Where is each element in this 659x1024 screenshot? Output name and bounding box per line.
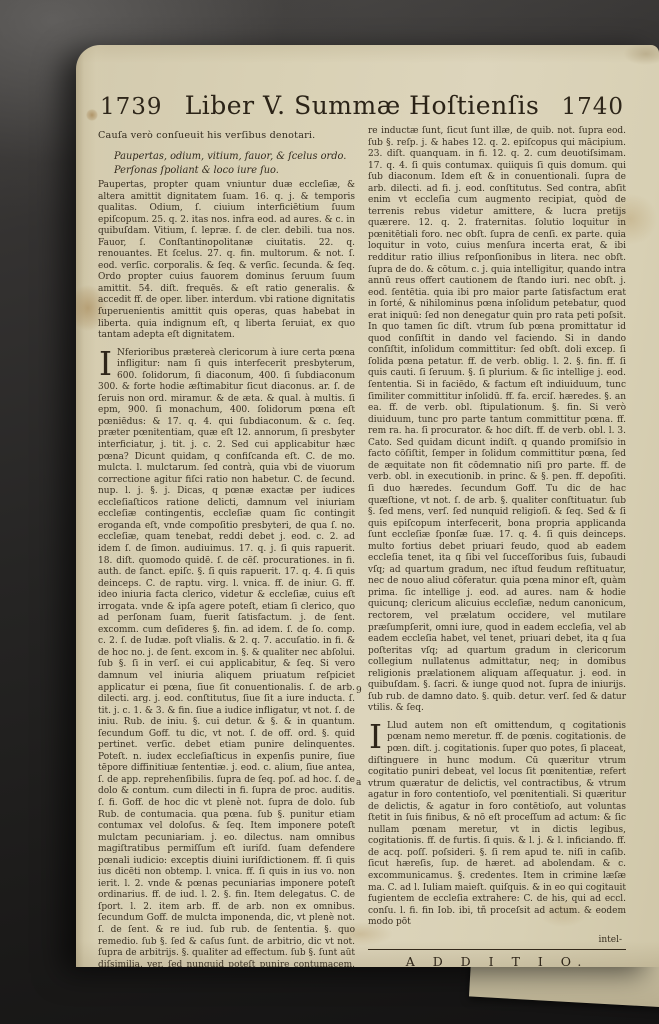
additio-divider-rule xyxy=(368,949,626,950)
margin-mark-a: a xyxy=(356,778,361,788)
drop-cap-initial: I xyxy=(98,348,117,379)
page-number-right: 1740 xyxy=(561,94,624,120)
right-paragraph-1: re inductæ ſunt, ſicut ſunt illæ, de qui… xyxy=(368,126,626,715)
drop-cap-initial: I xyxy=(368,721,387,752)
left-paragraph-1: Paupertas, propter quam vniuntur duæ ecc… xyxy=(98,180,355,342)
left-paragraph-2-text: Nferioribus prætereà clericorum à iure c… xyxy=(98,348,355,967)
text-columns: Cauſa verò conſueuit his verſibus denota… xyxy=(98,126,626,967)
left-paragraph-2: INferioribus prætereà clericorum à iure … xyxy=(98,348,355,967)
verse-line-2: Perſonas ſpoliant & loco iure ſuo. xyxy=(114,165,279,176)
photo-background: 1739 Liber V. Summæ Hoſtienſis 1740 Cauſ… xyxy=(0,0,659,1024)
verse-line-1: Paupertas, odium, vitium, fauor, & ſcelu… xyxy=(114,151,346,162)
right-paragraph-2-text: Llud autem non eſt omittendum, q cogitat… xyxy=(368,721,626,927)
additio-title: A D D I T I O. xyxy=(368,954,626,967)
right-paragraph-2: ILlud autem non eſt omittendum, q cogita… xyxy=(368,721,626,929)
left-column: Cauſa verò conſueuit his verſibus denota… xyxy=(98,126,355,967)
right-column: 9 a re inductæ ſunt, ſicut ſunt illæ, de… xyxy=(368,126,626,967)
book-page: 1739 Liber V. Summæ Hoſtienſis 1740 Cauſ… xyxy=(76,45,659,967)
verse-couplet: Paupertas, odium, vitium, fauor, & ſcelu… xyxy=(114,150,355,177)
page-number-left: 1739 xyxy=(100,94,163,120)
catchword: intel- xyxy=(368,935,622,945)
running-header: 1739 Liber V. Summæ Hoſtienſis 1740 xyxy=(100,91,624,120)
page-title: Liber V. Summæ Hoſtienſis xyxy=(163,91,562,120)
page-content: 1739 Liber V. Summæ Hoſtienſis 1740 Cauſ… xyxy=(98,91,626,967)
causa-line: Cauſa verò conſueuit his verſibus denota… xyxy=(98,130,355,141)
foxing-stain xyxy=(616,45,659,69)
margin-mark-9: 9 xyxy=(356,686,362,696)
